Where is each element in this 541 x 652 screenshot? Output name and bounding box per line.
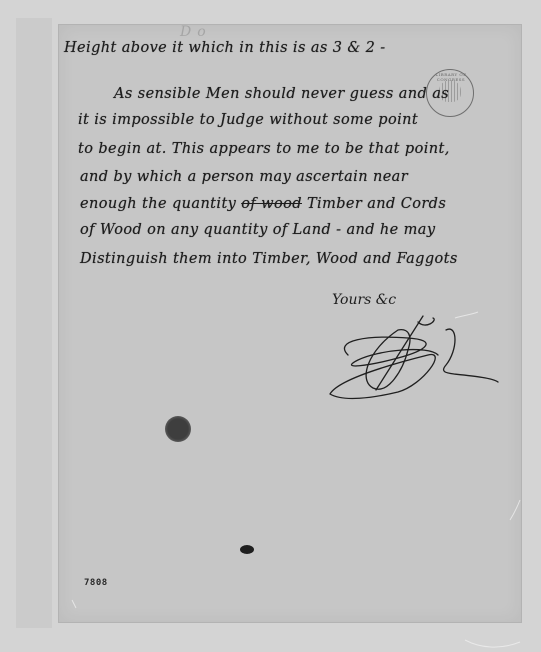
scan-scratches — [0, 0, 541, 652]
